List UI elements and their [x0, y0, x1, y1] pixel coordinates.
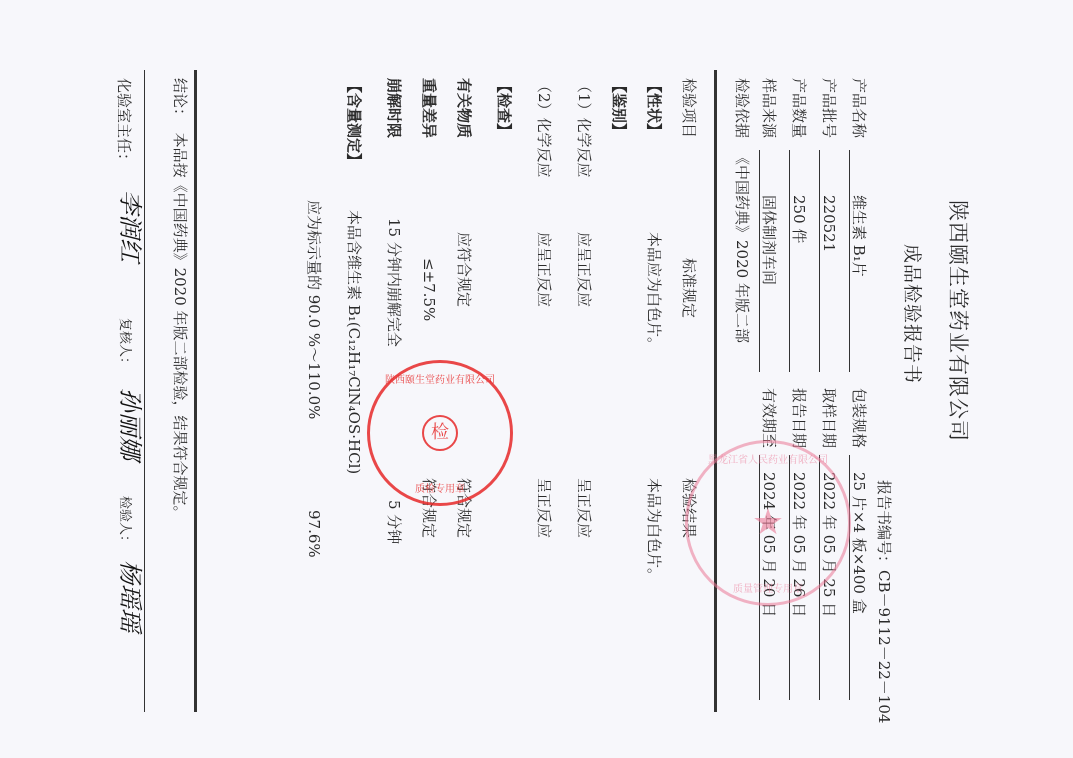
lab-director-label: 化验室主任：	[115, 78, 133, 168]
field-value: 25 片×4 板×400 盒	[850, 472, 868, 614]
row-standard: 本品应为白色片。	[645, 232, 663, 352]
field-value: 220521	[820, 195, 838, 252]
row-standard: 15 分钟内崩解完全	[385, 218, 403, 347]
signature-divider	[144, 70, 145, 712]
row-item: 重量差异	[420, 78, 438, 138]
field-label: 取样日期	[820, 388, 838, 448]
row-item: （1）化学反应	[575, 78, 593, 178]
field-value: 固体制剂车间	[760, 195, 778, 285]
row-standard: ≤±7.5%	[420, 258, 438, 321]
row-result: 97.6%	[305, 510, 323, 558]
company-seal: 黑龙江省人民药业有限公司 ★ 质量管理专用章	[685, 440, 851, 606]
conclusion-label: 结论：	[171, 78, 189, 123]
field-underline	[849, 150, 850, 372]
field-label: 产品数量	[790, 78, 808, 138]
company-seal-top-text: 黑龙江省人民药业有限公司	[688, 451, 848, 466]
row-item: 崩解时限	[385, 78, 403, 138]
row-result: 5 分钟	[385, 500, 403, 544]
conclusion-divider	[194, 70, 197, 712]
row-item: 【鉴别】	[610, 78, 628, 138]
inspection-report-page: 陕西颐生堂药业有限公司 成品检验报告书 报告书编号：CB－9112－22－104…	[0, 0, 1073, 758]
row-item: （2）化学反应	[535, 78, 553, 178]
row-standard: 应为标示量的 90.0 %～110.0%	[305, 200, 323, 419]
conclusion: 结论： 本品按《中国药典》2020 年版二部检验，结果符合规定。	[171, 78, 189, 521]
inspector-label: 检验人：	[115, 496, 133, 548]
field-value: 《中国药典》2020 年版二部	[733, 150, 751, 343]
col-standard-header: 标准规定	[680, 258, 698, 318]
row-standard: 应呈正反应	[535, 232, 553, 307]
field-label: 样品来源	[760, 78, 778, 138]
field-label: 检验依据	[733, 78, 751, 138]
reviewer-signature: 孙丽娜	[121, 388, 139, 460]
field-underline	[819, 150, 820, 372]
row-standard: 应呈正反应	[575, 232, 593, 307]
report-number-value: CB－9112－22－104	[875, 570, 893, 723]
row-item: 【含量测定】	[345, 78, 363, 168]
report-number: 报告书编号：CB－9112－22－104	[875, 480, 893, 723]
row-result: 本品为白色片。	[645, 478, 663, 583]
qc-stamp-top-text: 陕西颐生堂药业有限公司	[370, 371, 510, 386]
lab-director-signature: 李润红	[121, 190, 139, 262]
qc-stamp: 陕西颐生堂药业有限公司 检 质检专用章	[367, 360, 513, 506]
field-value: 250 件	[790, 195, 808, 243]
company-seal-bottom-text: 质量管理专用章	[688, 580, 848, 595]
company-name: 陕西颐生堂药业有限公司	[949, 200, 967, 442]
field-underline	[759, 150, 760, 372]
qc-stamp-center: 检	[422, 415, 458, 451]
row-result: 呈正反应	[535, 478, 553, 538]
field-underline	[849, 455, 850, 700]
row-item: 有关物质	[455, 78, 473, 138]
field-label: 包装规格	[850, 388, 868, 448]
conclusion-text: 本品按《中国药典》2020 年版二部检验，结果符合规定。	[171, 133, 189, 521]
report-number-label: 报告书编号：	[875, 480, 893, 570]
col-item-header: 检验项目	[680, 78, 698, 138]
row-standard: 应符合规定	[455, 232, 473, 307]
field-label: 报告日期	[790, 388, 808, 448]
field-label: 产品批号	[820, 78, 838, 138]
row-result: 呈正反应	[575, 478, 593, 538]
row-item: 【检查】	[495, 78, 513, 138]
row-standard: 本品含维生素 B₁(C₁₂H₁₇ClN₄OS·HCl)	[345, 210, 363, 474]
field-label: 有效期至	[760, 388, 778, 448]
field-value: 维生素 B₁片	[850, 195, 868, 277]
inspector-signature: 杨瑶瑶	[121, 560, 139, 632]
field-label: 产品名称	[850, 78, 868, 138]
header-divider	[714, 70, 717, 712]
report-title: 成品检验报告书	[903, 244, 921, 384]
field-underline	[789, 150, 790, 372]
star-icon: ★	[752, 505, 784, 541]
reviewer-label: 复核人：	[115, 318, 133, 370]
row-item: 【性状】	[645, 78, 663, 138]
qc-stamp-bottom-text: 质检专用章	[370, 480, 510, 495]
